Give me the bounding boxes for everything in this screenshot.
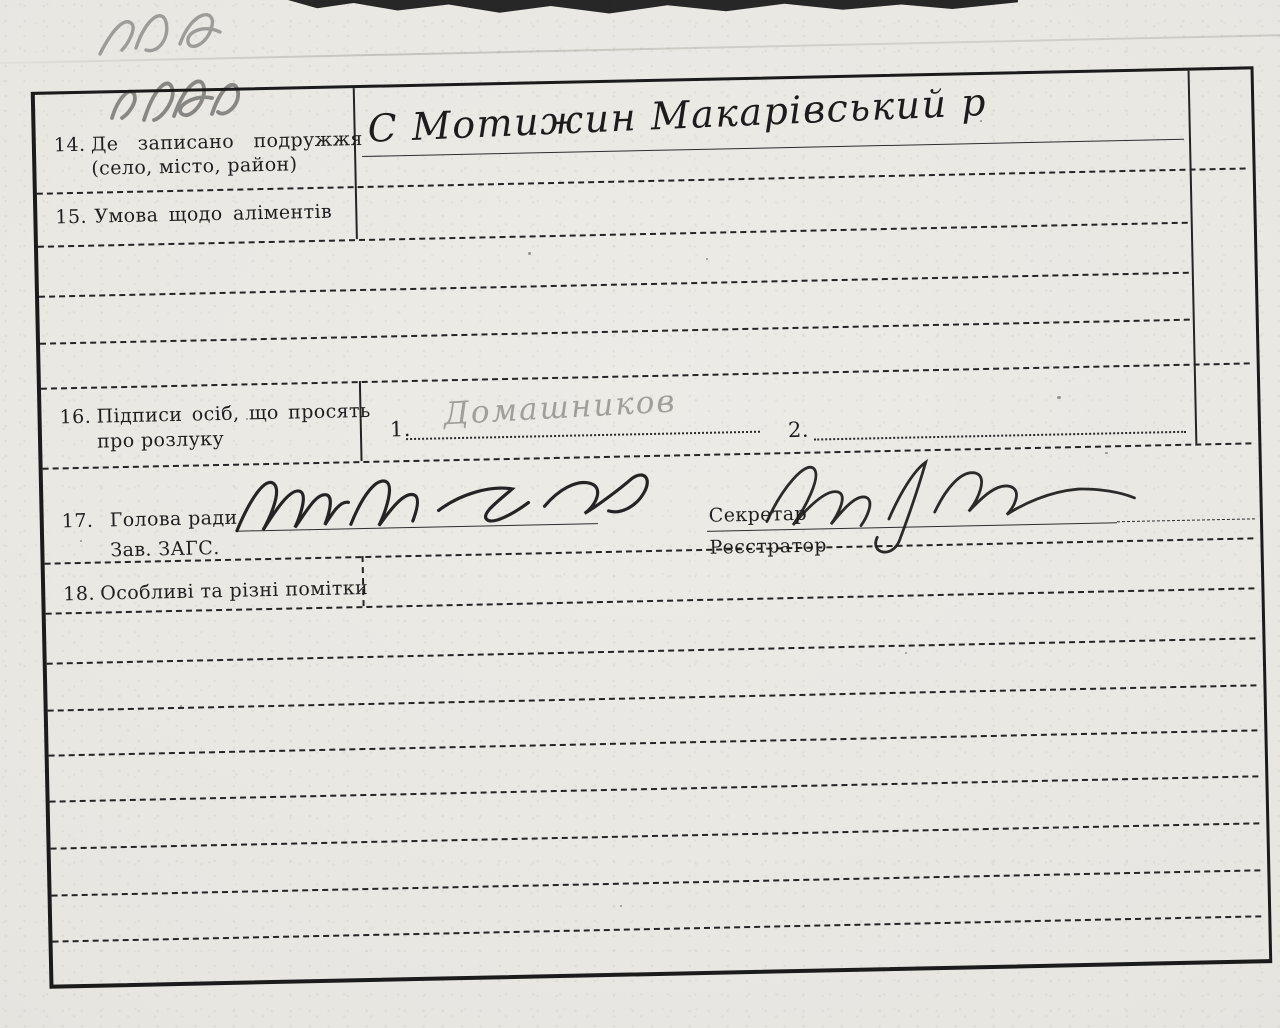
field-16-entry1-pencil-signature: Домашников: [443, 383, 678, 432]
field-18-number: 18.: [63, 583, 95, 606]
field-17-label-zags: Зав. ЗАГС.: [110, 537, 220, 562]
ruled-line: [51, 822, 1260, 849]
paper-speck: [620, 905, 622, 907]
field-16-label: про розлуку: [97, 428, 224, 454]
field-17-label-chairman: Голова ради: [110, 507, 238, 533]
ruled-line: [50, 775, 1259, 802]
field-16-entry2-dotted-line: [814, 431, 1186, 441]
scanned-registry-page: { "form": { "f14": { "num": "14.", "labe…: [0, 0, 1280, 1028]
field-16-label: Підписи осіб, що просять: [96, 400, 371, 429]
secretary-ink-signature: [747, 444, 1149, 556]
scan-top-torn-edge: [288, 0, 1018, 15]
field-14-label: (село, місто, район): [91, 153, 298, 180]
ruled-line: [40, 319, 1190, 345]
field-14-handwritten-value: С Мотижин Макарівський р: [367, 80, 988, 151]
paper-speck: [246, 418, 248, 420]
field-14-label: Де записано подружжя: [91, 128, 363, 157]
field-15-number: 15.: [55, 206, 87, 229]
paper-speck: [528, 252, 531, 255]
chairman-ink-signature: [228, 460, 659, 545]
ruled-line: [47, 637, 1256, 664]
field-15-label: Умова щодо аліментів: [94, 201, 332, 229]
ruled-line: [53, 915, 1262, 942]
registry-form-sheet: 14. Де записано подружжя (село, місто, р…: [31, 66, 1273, 988]
field-17-number: 17.: [62, 510, 94, 533]
field-18-label: Особливі та різні помітки: [100, 577, 368, 606]
paper-speck: [180, 705, 182, 707]
paper-speck: [1057, 396, 1061, 399]
ruled-line: [52, 869, 1261, 896]
field-16-entry1-dotted-line: [406, 431, 760, 440]
paper-speck: [80, 540, 82, 542]
ruled-line: [49, 729, 1258, 756]
field-16-number: 16.: [59, 406, 91, 429]
paper-speck: [1105, 452, 1108, 454]
paper-speck: [706, 258, 708, 260]
right-margin-column-divider: [1188, 71, 1198, 444]
ruled-line: [39, 272, 1189, 298]
paper-speck: [905, 652, 907, 654]
label-column-divider: [353, 88, 358, 239]
field-14-number: 14.: [54, 134, 86, 157]
paper-speck: [980, 120, 982, 122]
ruled-line: [48, 684, 1257, 711]
field-16-entry2-number: 2.: [788, 418, 810, 442]
